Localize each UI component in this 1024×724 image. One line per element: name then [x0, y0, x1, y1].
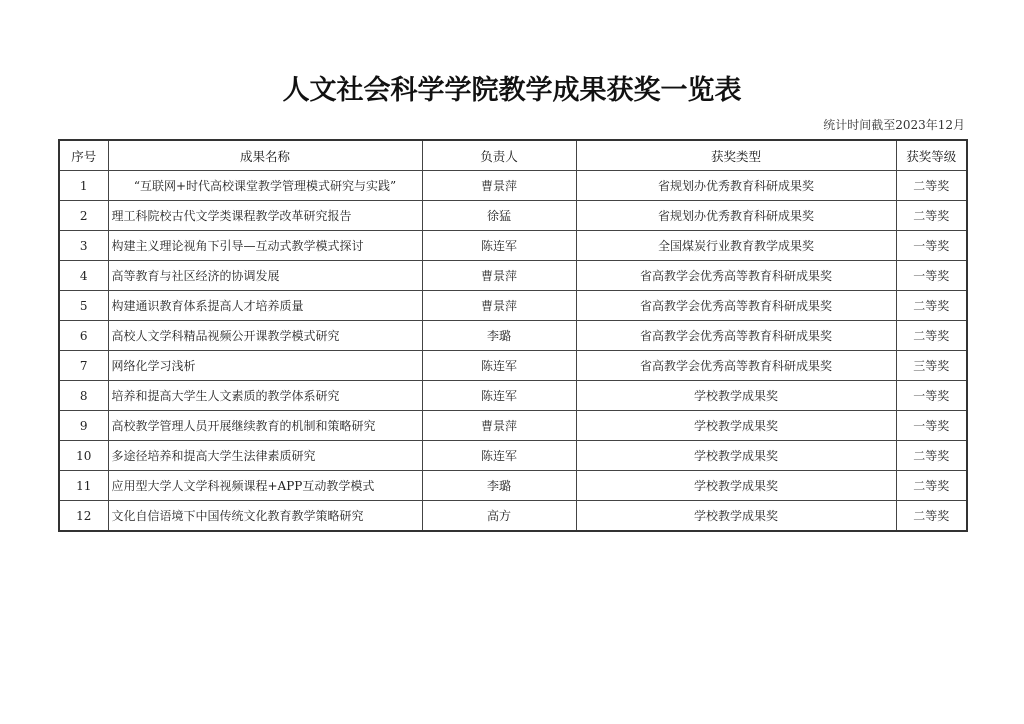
cell-award-type: 省高教学会优秀高等教育科研成果奖	[576, 261, 896, 291]
cell-award-type: 学校教学成果奖	[576, 381, 896, 411]
cell-leader: 陈连军	[422, 231, 576, 261]
page-title: 人文社会科学学院教学成果获奖一览表	[0, 68, 1024, 107]
table-row: 11 应用型大学人文学科视频课程+APP互动教学模式 李璐 学校教学成果奖 二等…	[59, 471, 967, 501]
cell-award-level: 三等奖	[896, 351, 967, 381]
cell-leader: 高方	[422, 501, 576, 532]
cell-name: 高校人文学科精品视频公开课教学模式研究	[108, 321, 422, 351]
cell-index: 3	[59, 231, 108, 261]
cell-leader: 陈连军	[422, 441, 576, 471]
cell-award-level: 二等奖	[896, 201, 967, 231]
cell-leader: 曹景萍	[422, 291, 576, 321]
cell-award-type: 省规划办优秀教育科研成果奖	[576, 201, 896, 231]
cell-index: 6	[59, 321, 108, 351]
cell-award-level: 二等奖	[896, 171, 967, 201]
cell-index: 2	[59, 201, 108, 231]
table-header-row: 序号 成果名称 负责人 获奖类型 获奖等级	[59, 140, 967, 171]
cell-award-type: 学校教学成果奖	[576, 441, 896, 471]
cell-leader: 曹景萍	[422, 171, 576, 201]
table-row: 8 培养和提高大学生人文素质的教学体系研究 陈连军 学校教学成果奖 一等奖	[59, 381, 967, 411]
cell-leader: 李璐	[422, 321, 576, 351]
awards-table: 序号 成果名称 负责人 获奖类型 获奖等级 1 “互联网+时代高校课堂教学管理模…	[58, 139, 968, 532]
cell-index: 11	[59, 471, 108, 501]
cell-name: 网络化学习浅析	[108, 351, 422, 381]
cell-award-type: 省高教学会优秀高等教育科研成果奖	[576, 351, 896, 381]
cell-award-level: 一等奖	[896, 411, 967, 441]
cell-leader: 徐猛	[422, 201, 576, 231]
cell-award-level: 一等奖	[896, 381, 967, 411]
cell-award-type: 学校教学成果奖	[576, 411, 896, 441]
cell-index: 10	[59, 441, 108, 471]
table-row: 1 “互联网+时代高校课堂教学管理模式研究与实践” 曹景萍 省规划办优秀教育科研…	[59, 171, 967, 201]
cell-leader: 陈连军	[422, 351, 576, 381]
table-row: 2 理工科院校古代文学类课程教学改革研究报告 徐猛 省规划办优秀教育科研成果奖 …	[59, 201, 967, 231]
cell-award-type: 学校教学成果奖	[576, 501, 896, 532]
cell-award-type: 省高教学会优秀高等教育科研成果奖	[576, 321, 896, 351]
header-index: 序号	[59, 140, 108, 171]
cell-leader: 陈连军	[422, 381, 576, 411]
table-row: 3 构建主义理论视角下引导—互动式教学模式探讨 陈连军 全国煤炭行业教育教学成果…	[59, 231, 967, 261]
cell-index: 5	[59, 291, 108, 321]
cell-index: 8	[59, 381, 108, 411]
cell-index: 1	[59, 171, 108, 201]
table-row: 9 高校教学管理人员开展继续教育的机制和策略研究 曹景萍 学校教学成果奖 一等奖	[59, 411, 967, 441]
cell-name: 应用型大学人文学科视频课程+APP互动教学模式	[108, 471, 422, 501]
cell-award-type: 学校教学成果奖	[576, 471, 896, 501]
cell-name: 培养和提高大学生人文素质的教学体系研究	[108, 381, 422, 411]
cell-index: 7	[59, 351, 108, 381]
cell-award-level: 二等奖	[896, 501, 967, 532]
cell-index: 12	[59, 501, 108, 532]
cell-award-level: 一等奖	[896, 261, 967, 291]
cell-name: 文化自信语境下中国传统文化教育教学策略研究	[108, 501, 422, 532]
cell-leader: 曹景萍	[422, 261, 576, 291]
cell-leader: 李璐	[422, 471, 576, 501]
header-name: 成果名称	[108, 140, 422, 171]
table-row: 12 文化自信语境下中国传统文化教育教学策略研究 高方 学校教学成果奖 二等奖	[59, 501, 967, 532]
table-row: 5 构建通识教育体系提高人才培养质量 曹景萍 省高教学会优秀高等教育科研成果奖 …	[59, 291, 967, 321]
cell-name: 构建主义理论视角下引导—互动式教学模式探讨	[108, 231, 422, 261]
cell-award-type: 全国煤炭行业教育教学成果奖	[576, 231, 896, 261]
cell-name: 高校教学管理人员开展继续教育的机制和策略研究	[108, 411, 422, 441]
statistics-date-note: 统计时间截至2023年12月	[823, 116, 965, 133]
table-row: 4 高等教育与社区经济的协调发展 曹景萍 省高教学会优秀高等教育科研成果奖 一等…	[59, 261, 967, 291]
cell-award-level: 一等奖	[896, 231, 967, 261]
cell-award-level: 二等奖	[896, 321, 967, 351]
cell-index: 9	[59, 411, 108, 441]
cell-leader: 曹景萍	[422, 411, 576, 441]
cell-name: 理工科院校古代文学类课程教学改革研究报告	[108, 201, 422, 231]
header-leader: 负责人	[422, 140, 576, 171]
cell-name: 多途径培养和提高大学生法律素质研究	[108, 441, 422, 471]
table-row: 10 多途径培养和提高大学生法律素质研究 陈连军 学校教学成果奖 二等奖	[59, 441, 967, 471]
cell-award-level: 二等奖	[896, 291, 967, 321]
cell-award-level: 二等奖	[896, 441, 967, 471]
header-award-level: 获奖等级	[896, 140, 967, 171]
cell-index: 4	[59, 261, 108, 291]
cell-name: 高等教育与社区经济的协调发展	[108, 261, 422, 291]
cell-award-type: 省高教学会优秀高等教育科研成果奖	[576, 291, 896, 321]
header-award-type: 获奖类型	[576, 140, 896, 171]
table-row: 6 高校人文学科精品视频公开课教学模式研究 李璐 省高教学会优秀高等教育科研成果…	[59, 321, 967, 351]
cell-name: “互联网+时代高校课堂教学管理模式研究与实践”	[108, 171, 422, 201]
table-row: 7 网络化学习浅析 陈连军 省高教学会优秀高等教育科研成果奖 三等奖	[59, 351, 967, 381]
cell-award-type: 省规划办优秀教育科研成果奖	[576, 171, 896, 201]
cell-name: 构建通识教育体系提高人才培养质量	[108, 291, 422, 321]
cell-award-level: 二等奖	[896, 471, 967, 501]
